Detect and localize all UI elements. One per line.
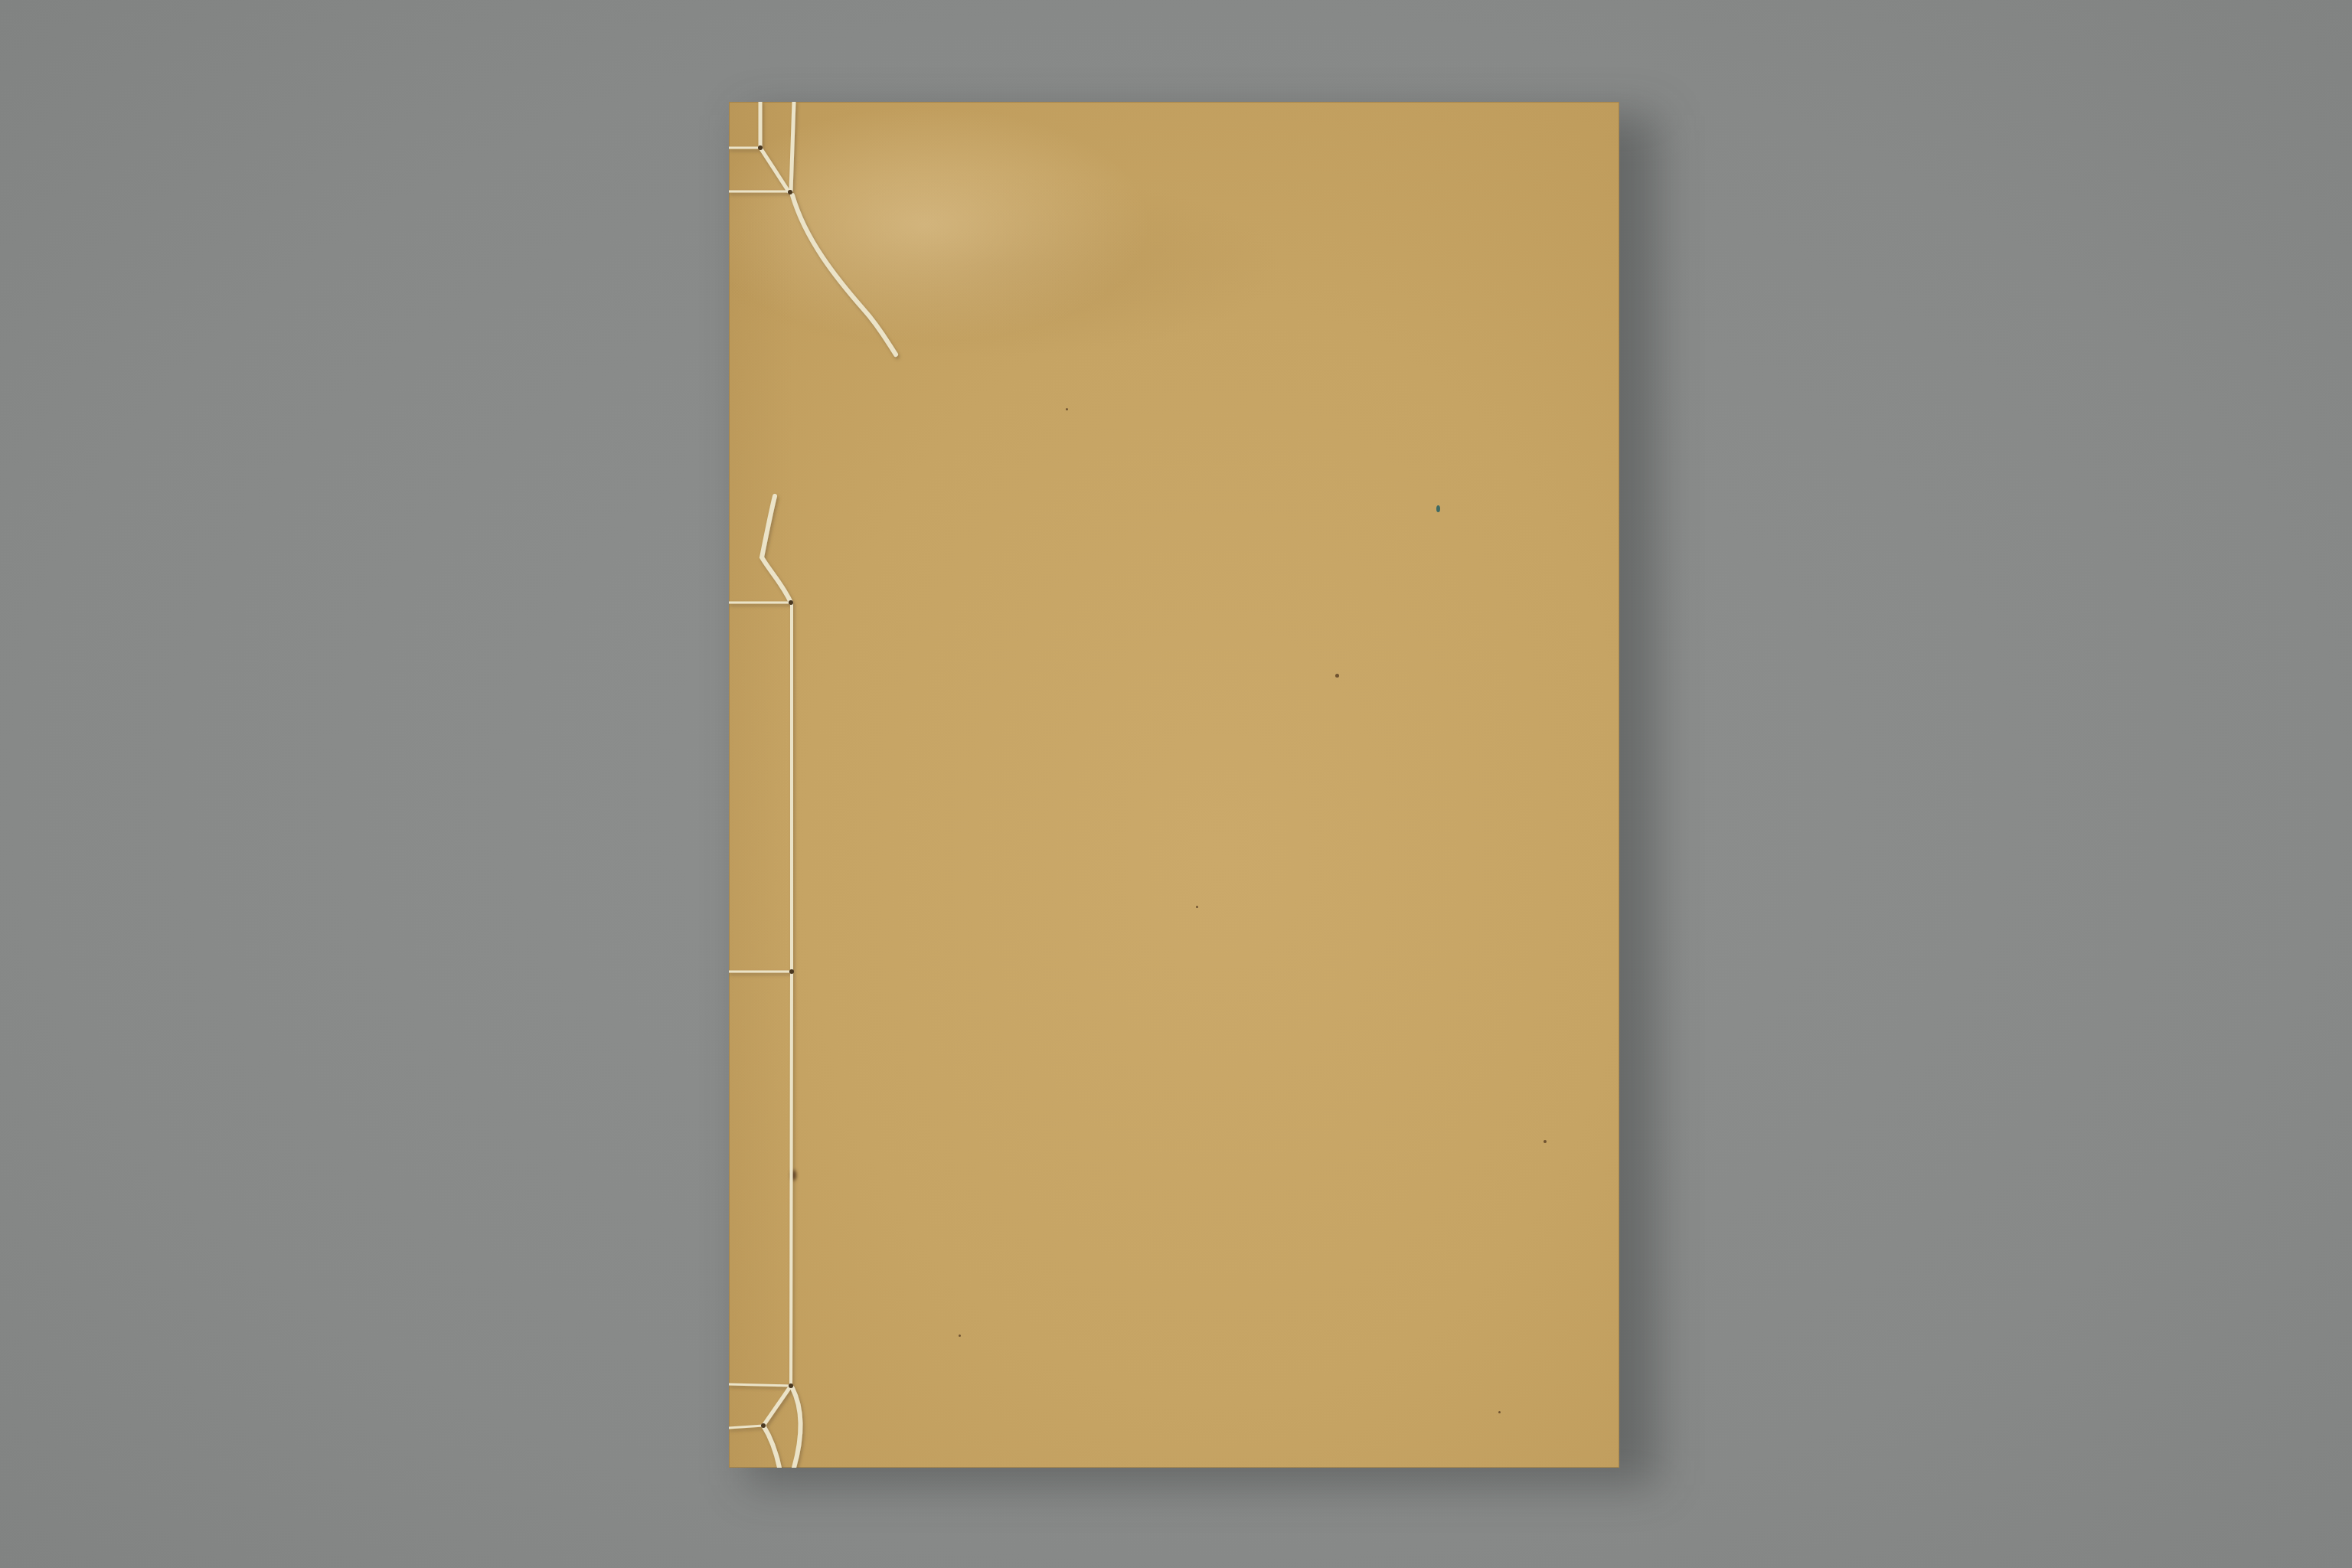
paper-speck [959, 1334, 961, 1337]
spine-margin [729, 102, 794, 1468]
stain-mark [791, 1170, 796, 1181]
paper-speck [1543, 1140, 1547, 1143]
photo-scene [0, 0, 2352, 1568]
paper-speck [1196, 906, 1198, 908]
binding-thread [729, 102, 1619, 1468]
paper-speck [1066, 408, 1068, 410]
paper-speck [1498, 1411, 1501, 1413]
paper-speck [1335, 674, 1339, 678]
ink-speck [1436, 505, 1440, 512]
book-cover [729, 102, 1619, 1468]
